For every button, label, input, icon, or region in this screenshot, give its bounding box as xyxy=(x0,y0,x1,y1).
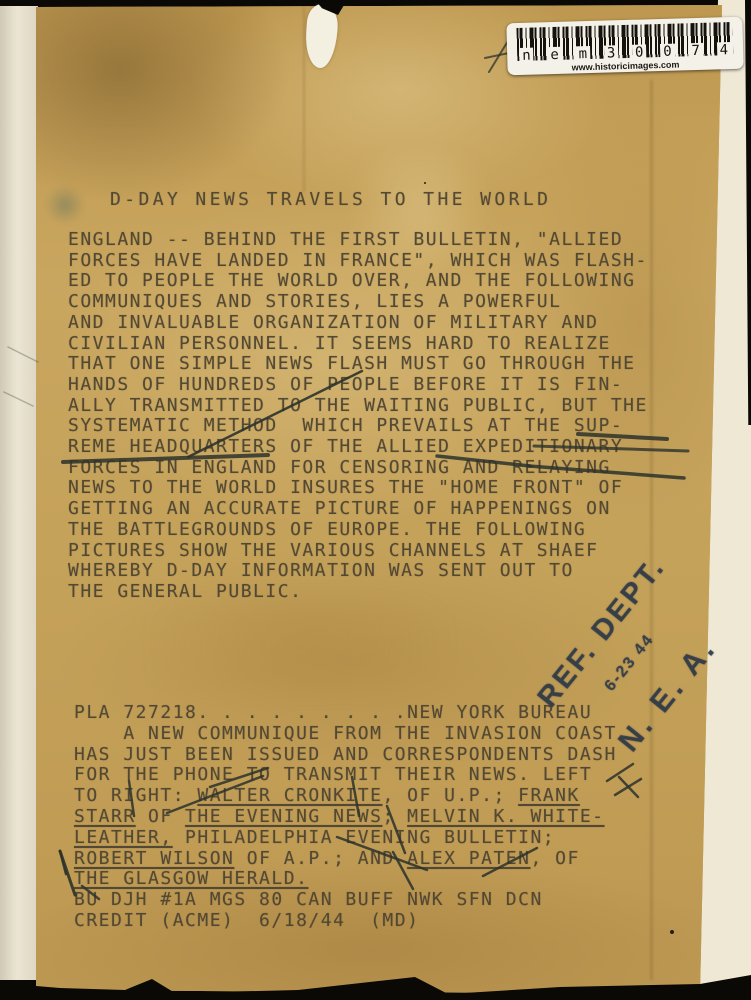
barcode-digit: n xyxy=(519,48,534,64)
vertical-crease xyxy=(650,80,653,980)
caption-block: PLA 727218. . . . . . . . .NEW YORK BURE… xyxy=(74,703,617,932)
typewritten-line: PICTURES SHOW THE VARIOUS CHANNELS AT SH… xyxy=(68,541,648,562)
typewritten-line: STARR OF THE EVENING NEWS; MELVIN K. WHI… xyxy=(74,807,617,828)
barcode-digit: 0 xyxy=(660,44,675,60)
typewritten-line: ENGLAND -- BEHIND THE FIRST BULLETIN, "A… xyxy=(68,230,648,251)
barcode-digit: 7 xyxy=(688,43,703,59)
typewritten-line: CIVILIAN PERSONNEL. IT SEEMS HARD TO REA… xyxy=(68,334,648,355)
typewritten-line: FORCES IN ENGLAND FOR CENSORING AND RELA… xyxy=(68,458,648,479)
typewritten-line: WHEREBY D-DAY INFORMATION WAS SENT OUT T… xyxy=(68,561,648,582)
speck xyxy=(670,930,674,934)
barcode-digit: 4 xyxy=(716,42,731,58)
typewritten-line: ED TO PEOPLE THE WORLD OVER, AND THE FOL… xyxy=(68,271,648,292)
typewritten-line: THAT ONE SIMPLE NEWS FLASH MUST GO THROU… xyxy=(68,354,648,375)
typewritten-line: FORCES HAVE LANDED IN FRANCE", WHICH WAS… xyxy=(68,251,648,272)
left-paper-edge xyxy=(0,6,38,980)
typewritten-line: AND INVALUABLE ORGANIZATION OF MILITARY … xyxy=(68,313,648,334)
typewritten-line: THE GENERAL PUBLIC. xyxy=(68,582,648,603)
typewritten-line: ALLY TRANSMITTED TO THE WAITING PUBLIC, … xyxy=(68,396,648,417)
typewritten-line: HANDS OF HUNDREDS OF PEOPLE BEFORE IT IS… xyxy=(68,375,648,396)
typewritten-line: CREDIT (ACME) 6/18/44 (MD) xyxy=(74,911,617,932)
barcode-digit: e xyxy=(547,47,562,63)
typewritten-line: THE GLASGOW HERALD. xyxy=(74,869,617,890)
typewritten-line: REME HEADQUARTERS OF THE ALLIED EXPEDITI… xyxy=(68,437,648,458)
body-paragraph: ENGLAND -- BEHIND THE FIRST BULLETIN, "A… xyxy=(68,230,648,603)
typewritten-line: FOR THE PHONE TO TRANSMIT THEIR NEWS. LE… xyxy=(74,765,617,786)
document-title: D-DAY NEWS TRAVELS TO THE WORLD xyxy=(110,189,551,210)
typewritten-line: BU DJH #1A MGS 80 CAN BUFF NWK SFN DCN xyxy=(74,890,617,911)
barcode-digit: 3 xyxy=(604,45,619,61)
barcode-sticker: nem30074 www.historicimages.com xyxy=(506,17,743,76)
barcode-digit: 0 xyxy=(632,44,647,60)
vertical-crease xyxy=(303,7,305,192)
typewritten-line: SYSTEMATIC METHOD WHICH PREVAILS AT THE … xyxy=(68,416,648,437)
photo-back-scan: D-DAY NEWS TRAVELS TO THE WORLD ENGLAND … xyxy=(0,0,751,1000)
typewritten-line: THE BATTLEGROUNDS OF EUROPE. THE FOLLOWI… xyxy=(68,520,648,541)
barcode-digit: m xyxy=(575,46,590,62)
typewritten-line: COMMUNIQUES AND STORIES, LIES A POWERFUL xyxy=(68,292,648,313)
typewritten-line: LEATHER, PHILADELPHIA EVENING BULLETIN; xyxy=(74,828,617,849)
typewritten-line: TO RIGHT: WALTER CRONKITE, OF U.P.; FRAN… xyxy=(74,786,617,807)
typewritten-line: GETTING AN ACCURATE PICTURE OF HAPPENING… xyxy=(68,499,648,520)
typewritten-line: HAS JUST BEEN ISSUED AND CORRESPONDENTS … xyxy=(74,745,617,766)
typewritten-line: NEWS TO THE WORLD INSURES THE "HOME FRON… xyxy=(68,478,648,499)
typewritten-line: ROBERT WILSON OF A.P.; AND ALEX PATEN, O… xyxy=(74,849,617,870)
speck xyxy=(424,182,426,184)
